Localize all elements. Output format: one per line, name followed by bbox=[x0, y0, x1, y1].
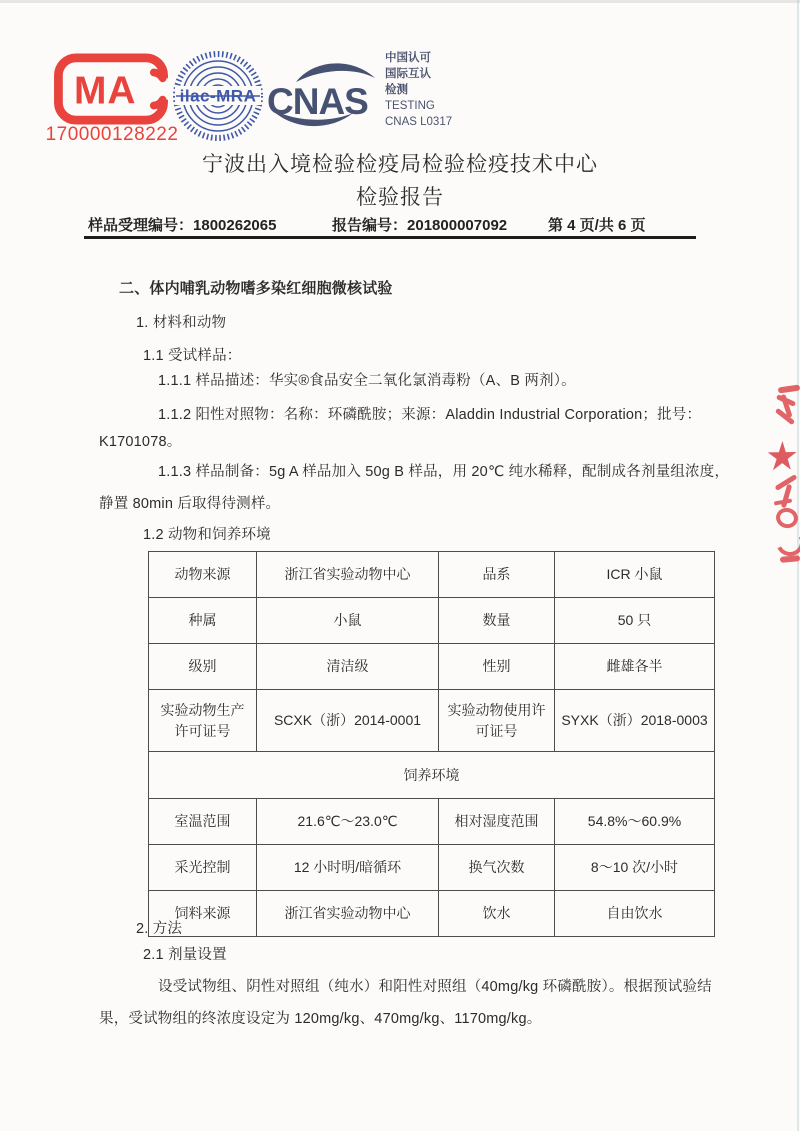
table-cell: 动物来源 bbox=[149, 552, 257, 598]
ilac-mra-logo-icon: ilac-MRA bbox=[172, 50, 264, 142]
table-cell: 采光控制 bbox=[149, 845, 257, 891]
paragraph-1-1-2-line2: K1701078。 bbox=[99, 430, 181, 451]
subsection-2: 2. 方法 bbox=[136, 917, 182, 938]
table-cell: 清洁级 bbox=[257, 644, 439, 690]
table-cell: 8～10 次/小时 bbox=[555, 845, 715, 891]
subsection-2-1: 2.1 剂量设置 bbox=[143, 943, 227, 964]
table-cell: 品系 bbox=[439, 552, 555, 598]
table-cell: 浙江省实验动物中心 bbox=[257, 552, 439, 598]
table-cell: 浙江省实验动物中心 bbox=[257, 891, 439, 937]
seal-star bbox=[763, 437, 800, 477]
sample-acceptance-label: 样品受理编号： bbox=[88, 217, 193, 234]
table-cell: 54.8%～60.9% bbox=[555, 799, 715, 845]
accreditation-line: TESTING bbox=[385, 98, 452, 114]
table-row: 动物来源 浙江省实验动物中心 品系 ICR 小鼠 bbox=[149, 552, 715, 598]
scan-edge-artifact bbox=[0, 0, 800, 3]
ilac-mra-label: ilac-MRA bbox=[180, 87, 257, 106]
cma-logo-icon: MA bbox=[52, 52, 170, 126]
table-row: 实验动物生产许可证号 SCXK（浙）2014-0001 实验动物使用许可证号 S… bbox=[149, 690, 715, 752]
table-row: 种属 小鼠 数量 50 只 bbox=[149, 598, 715, 644]
sample-acceptance-value: 1800262065 bbox=[193, 217, 276, 234]
table-cell: 雌雄各半 bbox=[555, 644, 715, 690]
seal-stroke bbox=[778, 384, 800, 393]
accreditation-line: 检测 bbox=[385, 82, 452, 98]
page-indicator: 第 4 页/共 6 页 bbox=[548, 214, 646, 235]
cma-certificate-number: 170000128222 bbox=[42, 124, 182, 146]
seal-stroke bbox=[780, 555, 800, 563]
report-number-label: 报告编号： bbox=[332, 217, 407, 234]
table-cell: 21.6℃～23.0℃ bbox=[257, 799, 439, 845]
table-cell: 种属 bbox=[149, 598, 257, 644]
paragraph-1-1-1: 1.1.1 样品描述：华实®食品安全二氧化氯消毒粉（A、B 两剂）。 bbox=[158, 369, 576, 390]
header-divider-rule bbox=[84, 236, 696, 239]
paragraph-1-1-3-line2: 静置 80min 后取得待测样。 bbox=[99, 492, 280, 513]
table-cell: 级别 bbox=[149, 644, 257, 690]
table-row: 采光控制 12 小时明/暗循环 换气次数 8～10 次/小时 bbox=[149, 845, 715, 891]
table-cell: 自由饮水 bbox=[555, 891, 715, 937]
report-title: 检验报告 bbox=[0, 181, 800, 211]
table-cell: 实验动物使用许可证号 bbox=[439, 690, 555, 752]
seal-stroke bbox=[774, 506, 800, 531]
seal-arc bbox=[772, 524, 800, 559]
table-row: 室温范围 21.6℃～23.0℃ 相对湿度范围 54.8%～60.9% bbox=[149, 799, 715, 845]
accreditation-line: 中国认可 bbox=[385, 50, 452, 66]
table-cell: 实验动物生产许可证号 bbox=[149, 690, 257, 752]
cnas-letters: CNAS bbox=[267, 81, 368, 122]
table-cell: ICR 小鼠 bbox=[555, 552, 715, 598]
subsection-1: 1. 材料和动物 bbox=[136, 311, 226, 332]
table-cell: SYXK（浙）2018-0003 bbox=[555, 690, 715, 752]
table-cell: 室温范围 bbox=[149, 799, 257, 845]
table-cell: 相对湿度范围 bbox=[439, 799, 555, 845]
table-cell: 小鼠 bbox=[257, 598, 439, 644]
report-number: 报告编号：201800007092 bbox=[332, 214, 507, 235]
section-2-heading: 二、体内哺乳动物嗜多染红细胞微核试验 bbox=[119, 277, 393, 298]
table-row-housing-header: 饲养环境 bbox=[149, 752, 715, 799]
table-cell: 50 只 bbox=[555, 598, 715, 644]
scanned-report-page: MA 170000128222 ilac-MRA CNAS 中国认可 国际互认 … bbox=[0, 0, 800, 1131]
paragraph-1-1-2-line1: 1.1.2 阳性对照物：名称：环磷酰胺；来源：Aladdin Industria… bbox=[158, 403, 701, 424]
red-seam-seal-fragment bbox=[762, 380, 800, 570]
accreditation-line: 国际互认 bbox=[385, 66, 452, 82]
accreditation-line: CNAS L0317 bbox=[385, 114, 452, 130]
animal-housing-table: 动物来源 浙江省实验动物中心 品系 ICR 小鼠 种属 小鼠 数量 50 只 级… bbox=[148, 551, 715, 937]
table-row: 级别 清洁级 性别 雌雄各半 bbox=[149, 644, 715, 690]
table-cell: SCXK（浙）2014-0001 bbox=[257, 690, 439, 752]
paragraph-2-1-line1: 设受试物组、阴性对照组（纯水）和阳性对照组（40mg/kg 环磷酰胺）。根据预试… bbox=[158, 975, 712, 996]
table-cell: 数量 bbox=[439, 598, 555, 644]
paragraph-1-1-3-line1: 1.1.3 样品制备：5g A 样品加入 50g B 样品，用 20℃ 纯水稀释… bbox=[158, 460, 729, 481]
table-cell: 饮水 bbox=[439, 891, 555, 937]
accreditation-text-block: 中国认可 国际互认 检测 TESTING CNAS L0317 bbox=[385, 50, 452, 130]
report-center-title: 宁波出入境检验检疫局检验检疫技术中心 bbox=[0, 148, 800, 178]
subsection-1-2: 1.2 动物和饲养环境 bbox=[143, 523, 271, 544]
subsection-1-1: 1.1 受试样品： bbox=[143, 344, 242, 365]
table-row: 饲料来源 浙江省实验动物中心 饮水 自由饮水 bbox=[149, 891, 715, 937]
cma-letters: MA bbox=[74, 70, 137, 113]
sample-acceptance-number: 样品受理编号：1800262065 bbox=[88, 214, 276, 235]
table-cell: 性别 bbox=[439, 644, 555, 690]
cnas-logo-icon: CNAS bbox=[266, 56, 380, 134]
table-cell: 12 小时明/暗循环 bbox=[257, 845, 439, 891]
table-cell-span: 饲养环境 bbox=[149, 752, 715, 799]
report-number-value: 201800007092 bbox=[407, 217, 507, 234]
paragraph-2-1-line2: 果，受试物组的终浓度设定为 120mg/kg、470mg/kg、1170mg/k… bbox=[99, 1007, 541, 1028]
table-cell: 换气次数 bbox=[439, 845, 555, 891]
